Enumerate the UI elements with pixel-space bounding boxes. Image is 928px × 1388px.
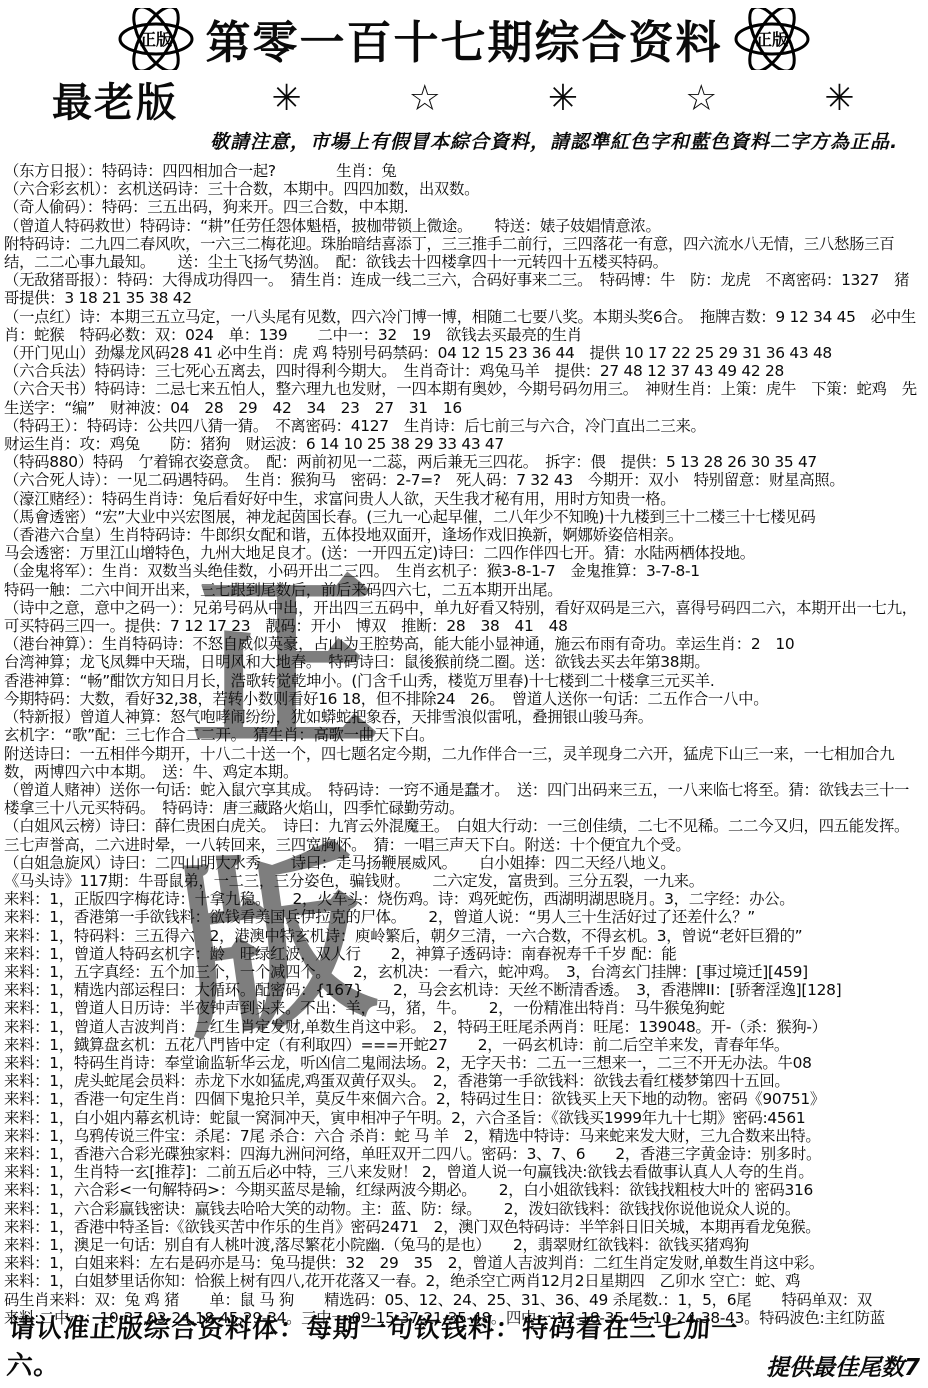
document-line: 来料：1，鐡算盘玄机：五花八門皆中定（有利取四）===开蛇27 2，一码玄机诗：…	[4, 1036, 924, 1054]
asterisk-icon: ✳	[548, 81, 578, 117]
decorative-symbols: ✳☆✳☆✳	[218, 81, 908, 117]
lottery-info-sheet: 正版 第零一百十七期综合资料 正版 最老版 ✳☆✳☆✳ 敬請注意，市場上有假冒本…	[0, 0, 928, 1388]
star-icon: ☆	[409, 81, 441, 117]
document-line: 来料：1，虎头蛇尾会员料：赤龙下水如猛虎,鸡蛋双黄仔双头。 2，香港第一手欲钱料…	[4, 1072, 924, 1090]
document-line: 来料：1，香港一句定生肖：四個下鬼抢只羊，莫反牛來個六合。2，特码过生日：欲钱买…	[4, 1090, 924, 1108]
document-line: 码生肖来料：双：兔 鸡 猪 单：鼠 马 狗 精选码：05、12、24、25、31…	[4, 1291, 924, 1309]
document-line: 来料：1，曾道人日历诗：半夜钟声到头来。不出：羊，马，猪，牛。 2，一份精准出特…	[4, 999, 924, 1017]
document-line: 附特码诗：二九四二春风吹，一六三二梅花迎。珠胎暗结喜添丁，三三推手二前行，三四落…	[4, 235, 924, 271]
document-line: 香港神算：“畅”酣饮方知日月长，浩歌转觉乾坤小。(门含千山秀，楼览万里春)十七楼…	[4, 672, 924, 690]
footer-tail-number: 提供最佳尾数7	[766, 1349, 920, 1382]
document-line: 来料：1，香港第一手欲钱料：欲钱看美国兵伊拉克的尸体。 2，曾道人说：“男人三十…	[4, 908, 924, 926]
document-line: 来料：1，白姐来料：左右是码亦是马：兔马提供：32 29 35 2，曾道人吉波判…	[4, 1254, 924, 1272]
footer-slogan: 请认准正版综合资料体：每期一句钦钱料：特码看在三七加一六。	[5, 1308, 768, 1382]
document-line: （一点红）诗：本期三五立马定，一八头尾有见数，四六冷门博一博，相随二七要八奖。本…	[4, 308, 924, 344]
document-line: （特码880）特码 亇着锦衣姿意贪。 配：两前初见一二蕊，两后兼无三四花。 拆字…	[4, 453, 924, 471]
document-line: 财运生肖：攻：鸡兔 防：猪狗 财运波：6 14 10 25 38 29 33 4…	[4, 435, 924, 453]
asterisk-icon: ✳	[824, 81, 854, 117]
document-line: 附送诗曰：一五相伴今期开，十八二十送一个，四七题名定今期，二九作伴合一三，灵羊现…	[4, 745, 924, 781]
document-line: （曾道人特码救世）特码诗：“耕”任劳任怨体魁梧，披枷带锁上微途。 特送：婊子妓娼…	[4, 217, 924, 235]
star-icon: ☆	[685, 81, 717, 117]
header: 正版 第零一百十七期综合资料 正版	[0, 0, 928, 71]
document-line: 来料：1，六合彩<一句解特码>：今期买蓝尽是输，红绿两波今期必。 2，白小姐欲钱…	[4, 1181, 924, 1199]
asterisk-icon: ✳	[271, 81, 301, 117]
document-line: （白姐急旋风）诗曰：二四山明大水秀 诗曰：走马扬鞭展威风。 白小姐捧：四二天经八…	[4, 854, 924, 872]
document-line: （濠江赌经）：特码生肖诗：兔后看好好中生，求富问贵人人欲，天生我才秘有用，用时方…	[4, 490, 924, 508]
document-line: （六合兵法）特码诗：三七死心五离去，四时得利今期大。 生肖奇计：鸡兔马羊 提供：…	[4, 362, 924, 380]
document-line: （东方日报）：特码诗：四四相加合一起? 生肖：兔	[4, 162, 924, 180]
edition-label: 最老版	[52, 71, 178, 128]
document-line: 来料：1，五字真经：五个加三个，一个减四个。 2，玄机决：一看六，蛇冲鸡。 3，…	[4, 963, 924, 981]
document-line: （开门见山）劲爆龙风码28 41 必中生肖：虎 鸡 特别号码禁码：04 12 1…	[4, 344, 924, 362]
seal-text: 正版	[755, 30, 787, 49]
document-line: 来料：1，六合彩赢钱密诀：赢钱去哈哈大笑的动物。主：蓝、防：绿。 2，泼妇欲钱料…	[4, 1200, 924, 1218]
document-line: （馬會透密）“宏”大业中兴宏图展，神龙起茵国长春。(三九一心起早催，二八年少不知…	[4, 508, 924, 526]
footer: 请认准正版综合资料体：每期一句钦钱料：特码看在三七加一六。 提供最佳尾数7	[0, 1308, 928, 1382]
document-line: 玄机字：“歌”配：三七作合二二开。 猜生肖：高歌一曲天下白。	[4, 726, 924, 744]
document-line: （诗中之意，意中之码一）：兄弟号码从中出，开出四三五码中，单九好看又特别，看好双…	[4, 599, 924, 635]
document-line: （金鬼将军）：生肖：双数当头绝佳数，小码开出二三四。 生肖玄机子：猴3-8-1-…	[4, 562, 924, 580]
document-line: （六合彩玄机）：玄机送码诗：三十合数，本期中。四四加数，出双数。	[4, 180, 924, 198]
document-line: 《马头诗》117期：牛哥鼠弟，一二三，三分姿色，骗钱财。 二六定发，富贵到。三分…	[4, 872, 924, 890]
document-line: （白姐风云榜）诗曰：薛仁贵困白虎关。 诗曰：九宵云外混魔王。 白姐大行动：一三创…	[4, 817, 924, 853]
document-line: （六合天书）特码诗：二忌七来五怕人，整六理九也发财，一四本期有奥妙，今期号码勿用…	[4, 380, 924, 416]
document-line: （特新报）曾道人神算：怒气咆哮闹纷纷，犹如蟒蛇把象吞，天排雪浪似雷吼，叠拥银山骏…	[4, 708, 924, 726]
document-line: 马会透密：万里江山增特色，九州大地足良才。(送：一开四五定)诗曰：二四作伴四七开…	[4, 544, 924, 562]
document-line: 来料：1，澳足一句话：别自有人桃叶渡,落尽繁花小院幽.（兔马的是也） 2，翡翠财…	[4, 1236, 924, 1254]
seal-text: 正版	[140, 30, 172, 49]
seal-logo-icon: 正版	[733, 8, 811, 70]
document-line: （香港六合皇）生肖特码诗：牛郎织女配和谐，五体投地双面开，逢场作戏旧换新，婀娜娇…	[4, 526, 924, 544]
document-line: 来料：1，生肖特一玄[推荐]：二前五后必中特，三八来发财！ 2，曾道人说一句赢钱…	[4, 1163, 924, 1181]
document-line: 今期特码：大数，看好32,38，若转小数则看好16 18，但不排除24 26。 …	[4, 690, 924, 708]
document-line: 来料：1，白小姐内幕玄机诗：蛇鼠一窝洞冲天，寅申相冲子午明。2，六合圣旨：《欲钱…	[4, 1109, 924, 1127]
anti-counterfeit-notice: 敬請注意，市場上有假冒本綜合資料，請認準紅色字和藍色資料二字方為正品.	[0, 125, 928, 158]
document-line: 特码一触：二六中间开出来，三七跟到尾数后，前后来码四六七，二五本期开出尾。	[4, 581, 924, 599]
document-line: 来料：1，曾道人特码玄机字：龄 旺绿红波，双人行 2，神算子透码诗：南春祝寿千千…	[4, 945, 924, 963]
document-line: 来料：1，特码料：三五得六 2，港澳中特玄机诗：庾岭繁后，朝夕三清，一六合数，不…	[4, 927, 924, 945]
seal-logo-icon: 正版	[117, 8, 195, 70]
document-line: 来料：1，曾道人吉波判肖：二红生肖定发财,单数生肖这中彩。 2，特码王旺尾杀两肖…	[4, 1018, 924, 1036]
document-line: （特码王）：特码诗：公共四八猜一猜。 不离密码：4127 生肖诗：后七前三与六合…	[4, 417, 924, 435]
document-line: 来料：1，精选内部运程曰：大循环。配密码：{167} 2，马会玄机诗：天丝不断清…	[4, 981, 924, 999]
edition-row: 最老版 ✳☆✳☆✳	[0, 71, 928, 125]
document-line: 来料：1，正版四字梅花诗：十拿九稳。 2，火车头：烧伤鸡。诗：鸡死蛇伤，西湖明湖…	[4, 890, 924, 908]
document-line: （港台神算）：生肖特码诗：不怒自威似英豪，占山为王腔势高，能大能小显神通，施云布…	[4, 635, 924, 653]
document-line: （六合死人诗）：一见二码遇特码。 生肖：猴狗马 密码：2-7=? 死人码：7 3…	[4, 471, 924, 489]
document-line: 台湾神算；龙飞凤舞中天瑞，日明风和大地春。 特码诗曰：鼠後猴前绕二圈。送：欲钱去…	[4, 653, 924, 671]
document-line: （奇人偷码）：特码：三五出码，狗来开。四三合数，中本期.	[4, 198, 924, 216]
document-line: 来料：1，特码生肖诗：奉堂谕监斩华云龙，听凶信二鬼闹法场。2，无字天书：二五一三…	[4, 1054, 924, 1072]
document-line: 来料：1，白姐梦里话你知：恰猴上树有四八,花开花落又一春。2，绝杀空亡两肖12月…	[4, 1272, 924, 1290]
document-body: （东方日报）：特码诗：四四相加合一起? 生肖：兔（六合彩玄机）：玄机送码诗：三十…	[0, 158, 928, 1327]
document-line: 来料：1，香港中特圣旨:《欲钱买苦中作乐的生肖》密码2471 2，澳门双色特码诗…	[4, 1218, 924, 1236]
document-line: （曾道人赌神）送你一句话：蛇入鼠穴享其成。 特码诗：一窍不通是蠢才。 送：四门出…	[4, 781, 924, 817]
page-title: 第零一百十七期综合资料	[205, 6, 722, 71]
document-line: （无敌猪哥报）：特码：大得成功得四一。 猜生肖：连成一线二三六，合码好事来二三。…	[4, 271, 924, 307]
document-line: 来料：1，香港六合彩光碟独家料：四海九洲问河络，单旺双开二四八。密码：3、7、6…	[4, 1145, 924, 1163]
document-line: 来料：1，乌鸦传说三件宝：杀尾：7尾 杀合：六合 杀肖：蛇 马 羊 2，精选中特…	[4, 1127, 924, 1145]
